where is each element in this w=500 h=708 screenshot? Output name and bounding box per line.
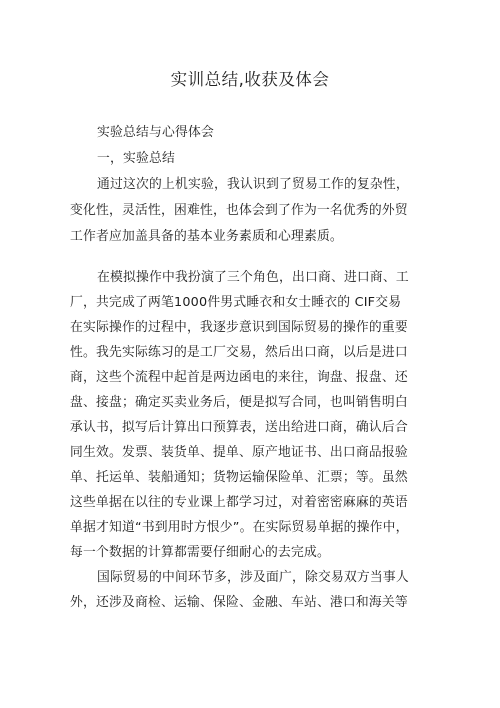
paragraph-line: 国际贸易的中间环节多，涉及面广，除交易双方当事人 (97, 566, 409, 585)
document-heading: 实验总结与心得体会 (97, 121, 214, 140)
paragraph-line: 厂，共完成了两笔1000件男式睡衣和女士睡衣的 CIF交易 (70, 291, 401, 310)
paragraph-line: 商，这些个流程中起首是两边函电的来往，询盘、报盘、还 (70, 366, 408, 385)
paragraph-line: 承认书，拟写后计算出口预算表，送出给进口商，确认后合 (70, 416, 408, 435)
paragraph-line: 单、托运单、装船通知；货物运输保险单、汇票；等。虽然 (70, 466, 408, 485)
paragraph-line: 外，还涉及商检、运输、保险、金融、车站、港口和海关等 (70, 591, 408, 610)
paragraph-line: 通过这次的上机实验，我认识到了贸易工作的复杂性， (97, 173, 409, 192)
paragraph-line: 单据才知道“书到用时方恨少”。在实际贸易单据的操作中， (70, 516, 409, 535)
paragraph-line: 在模拟操作中我扮演了三个角色，出口商、进口商、工 (97, 266, 409, 285)
paragraph-line: 工作者应加盖具备的基本业务素质和心理素质。 (70, 225, 343, 244)
paragraph-line: 变化性，灵活性，困难性，也体会到了作为一名优秀的外贸 (70, 199, 408, 218)
paragraph-line: 盘、接盘；确定买卖业务后，便是拟写合同，也叫销售明白 (70, 391, 408, 410)
document-title: 实训总结,收获及体会 (0, 66, 500, 90)
paragraph-line: 在实际操作的过程中，我逐步意识到国际贸易的操作的重要 (70, 316, 408, 335)
paragraph-line: 同生效。发票、装货单、提单、原产地证书、出口商品报验 (70, 441, 408, 460)
paragraph-line: 这些单据在以往的专业课上都学习过，对着密密麻麻的英语 (70, 491, 408, 510)
document-page: 实训总结,收获及体会 实验总结与心得体会 一，实验总结 通过这次的上机实验，我认… (0, 0, 500, 708)
paragraph-line: 性。我先实际练习的是工厂交易，然后出口商，以后是进口 (70, 341, 408, 360)
paragraph-line: 每一个数据的计算都需要仔细耐心的去完成。 (70, 541, 330, 560)
section-heading: 一，实验总结 (97, 147, 175, 166)
